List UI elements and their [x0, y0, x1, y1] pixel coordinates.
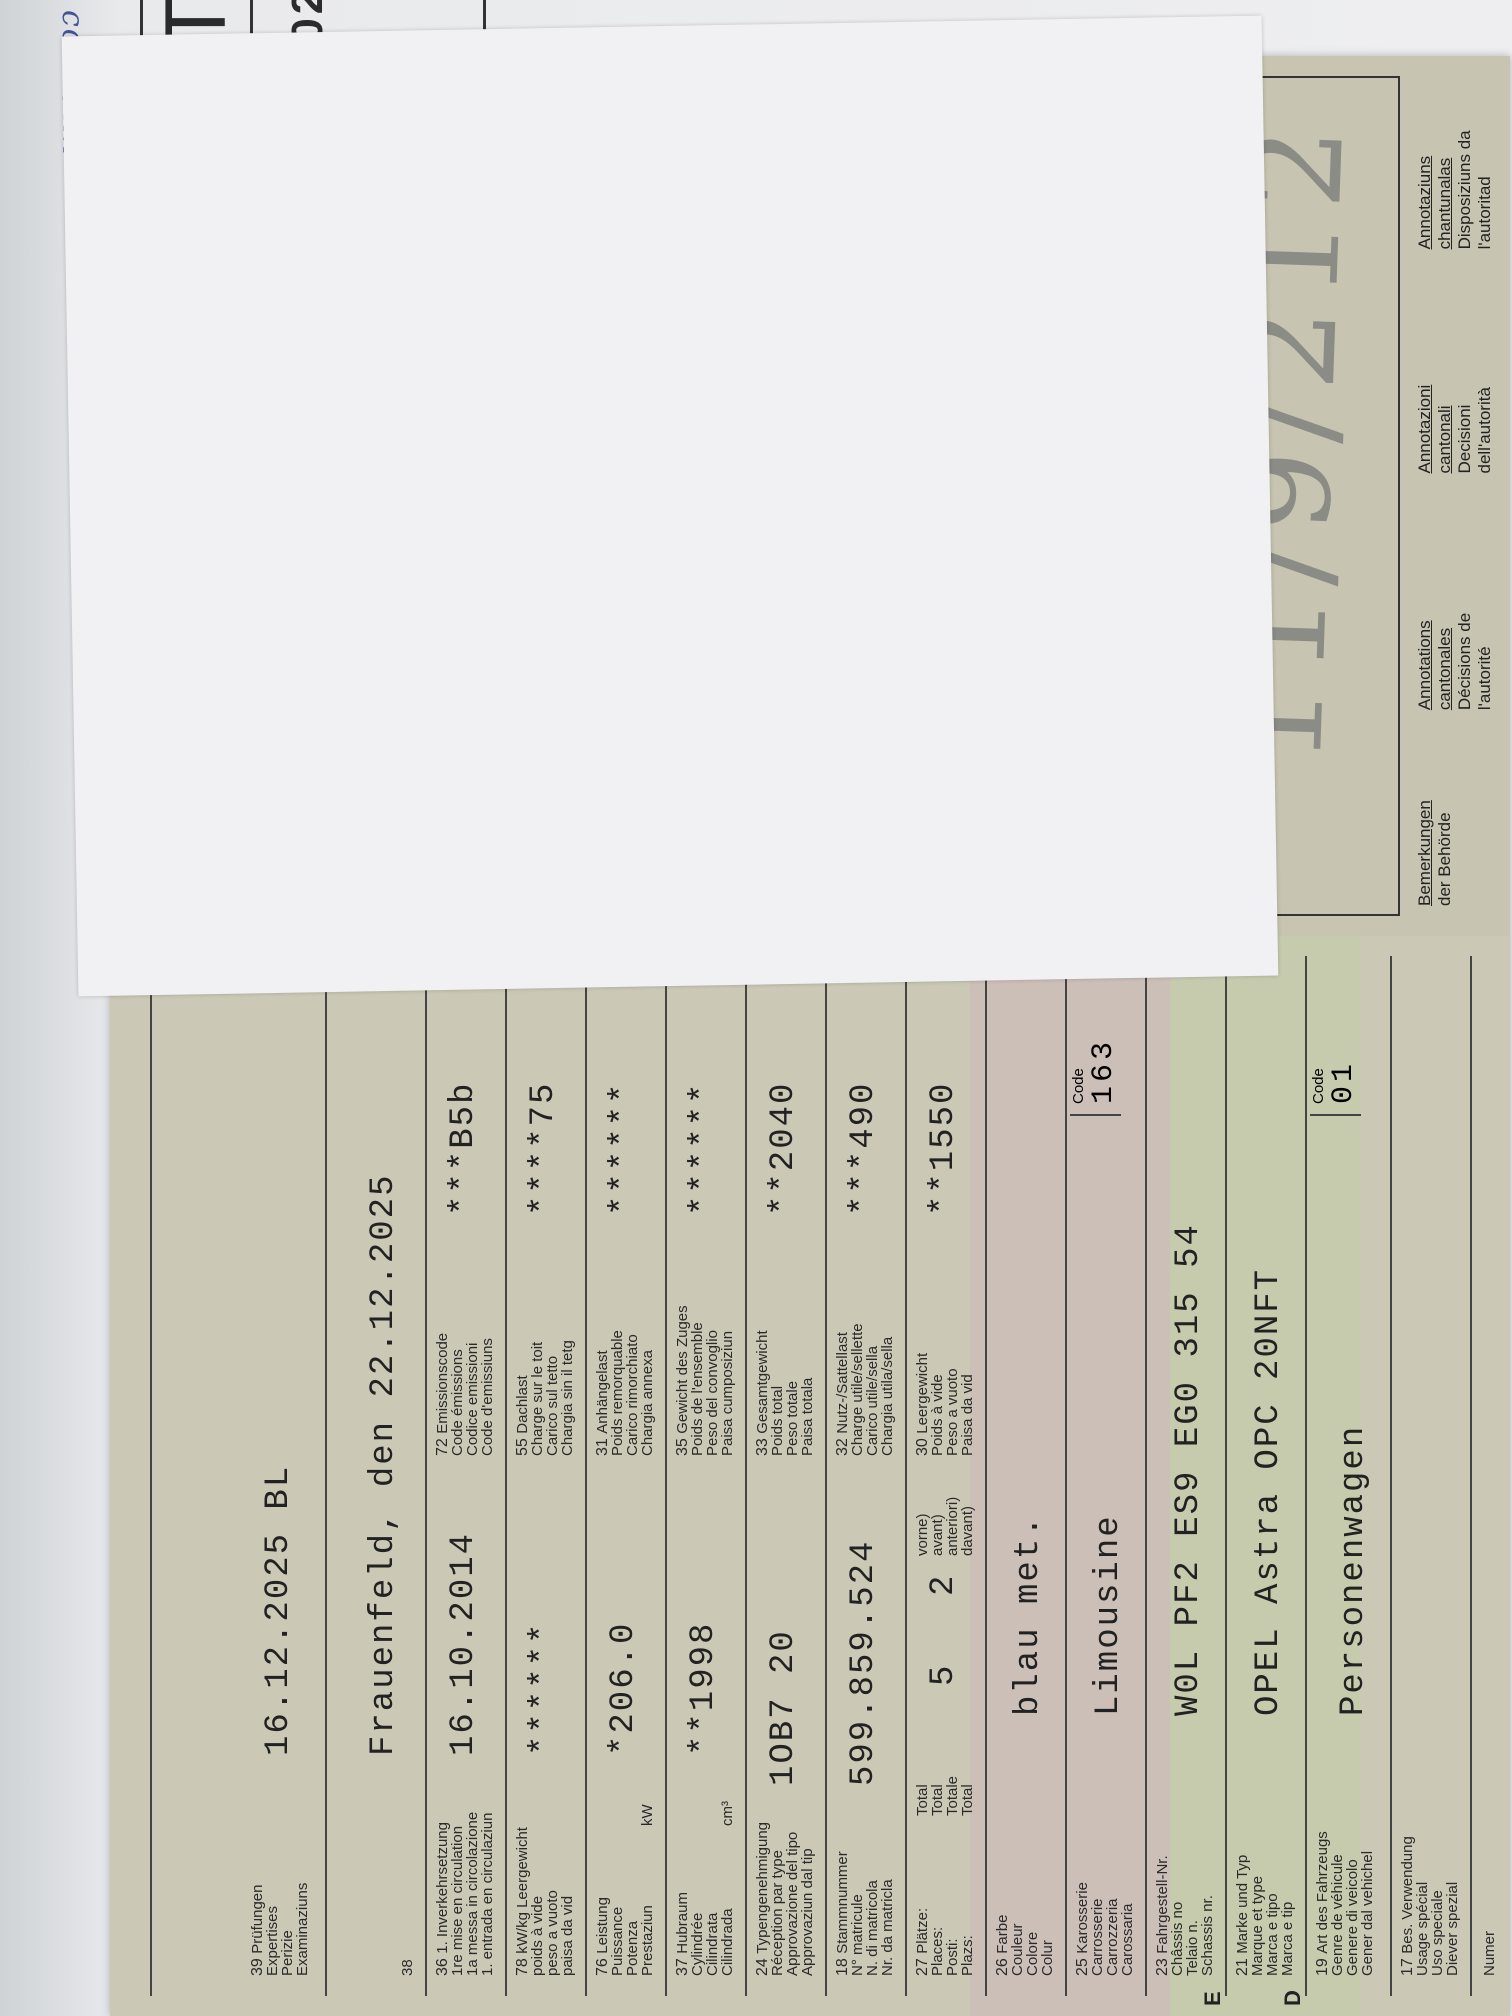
- divider: [825, 956, 827, 1996]
- divider: [1470, 956, 1472, 1996]
- chassis-number-value: W0L PF2 ES9 EG0 315 54: [1170, 1223, 1208, 1716]
- weight-35-value: ******: [685, 1082, 723, 1216]
- emission-code-value: ***B5b: [445, 1082, 483, 1216]
- row-17-label: 17 Bes. Verwendung Usage spécial Uso spe…: [1400, 1836, 1460, 1976]
- weight-30-value: **1550: [925, 1082, 963, 1216]
- power-unit: kW: [640, 1804, 655, 1826]
- divider: [1065, 956, 1067, 1996]
- type-approval-label: 24 Typengenehmigung Réception par type A…: [755, 1822, 815, 1976]
- annotation-header-it: Annotazioni cantonaliDecisioni dell'auto…: [1415, 339, 1485, 473]
- power-label: 76 Leistung Puissance Potenza Prestaziun: [595, 1897, 655, 1976]
- weight-33-label: 33 Gesamtgewicht Poids total Peso totale…: [755, 1330, 815, 1456]
- divider: [1305, 956, 1307, 1996]
- emission-code-label: 72 Emissionscode Code émissions Codice e…: [435, 1333, 495, 1456]
- divider: [425, 956, 427, 1996]
- places-total-value: 5: [925, 1664, 963, 1686]
- first-registration-value: 16.10.2014: [445, 1532, 483, 1756]
- divider: [150, 956, 152, 1996]
- divider: [505, 956, 507, 1996]
- divider: [1390, 956, 1392, 1996]
- type-approval-value: 1OB7 20: [765, 1629, 803, 1786]
- power-weight-label: 78 kW/kg Leergewicht poids à vide peso a…: [515, 1827, 575, 1976]
- row-26-label: 26 Farbe Couleur Colore Colur: [995, 1915, 1055, 1976]
- vehicle-type-code: Code 01: [1310, 1060, 1361, 1116]
- overlapping-white-sheet: [62, 16, 1279, 997]
- places-front-label: vorne) avant) anteriori) davant): [915, 1497, 975, 1556]
- displacement-label: 37 Hubraum Cylindrée Cilindrata Cilindra…: [675, 1892, 735, 1976]
- weight-35-label: 35 Gewicht des Zuges Poids de l'ensemble…: [675, 1305, 735, 1456]
- annotation-header-fr: Annotations cantonalesDécisions de l'aut…: [1415, 564, 1485, 711]
- weight-31-label: 31 Anhängelast Poids remorquable Carico …: [595, 1330, 655, 1456]
- vehicle-registration-document: Numer 17 Bes. Verwendung Usage spécial U…: [110, 56, 1510, 2016]
- power-value: *206.0: [605, 1622, 643, 1756]
- divider: [585, 956, 587, 1996]
- top-label: Numer: [1482, 1931, 1497, 1976]
- row-21-label: 21 Marke und Typ Marque et type Marca e …: [1235, 1855, 1295, 1976]
- weight-30-label: 30 Leergewicht Poids à vide Peso a vuoto…: [915, 1353, 975, 1456]
- matricule-label: 18 Stammnummer N° matricule N. di matric…: [835, 1851, 895, 1976]
- divider: [1225, 956, 1227, 1996]
- places-front-value: 2: [925, 1574, 963, 1596]
- weight-31-value: ******: [605, 1082, 643, 1216]
- divider: [985, 956, 987, 1996]
- weight-32-label: 32 Nutz-/Sattellast Charge utile/sellett…: [835, 1323, 895, 1456]
- weight-32-value: ***490: [845, 1082, 883, 1216]
- divider: [325, 956, 327, 1996]
- weight-55-value: ****75: [525, 1082, 563, 1216]
- row-23-label: 23 Fahrgestell-Nr. Châssis no Telaio n. …: [1155, 1855, 1215, 1976]
- annotation-header-rm: Annotaziuns chantunalasDisposiziuns da l…: [1415, 86, 1485, 249]
- body-type-code: Code 163: [1070, 1038, 1121, 1116]
- divider: [665, 956, 667, 1996]
- displacement-unit: cm³: [720, 1801, 735, 1826]
- make-model-value: OPEL Astra OPC 20NFT: [1250, 1268, 1288, 1716]
- first-registration-label: 36 1. Inverkehrsetzung 1re mise en circu…: [435, 1812, 495, 1976]
- form-page: Numer 17 Bes. Verwendung Usage spécial U…: [110, 936, 1510, 2016]
- document-paper: Numer 17 Bes. Verwendung Usage spécial U…: [110, 56, 1510, 2016]
- section-letter-e: E: [1200, 1991, 1226, 2006]
- places-total-label: Total Total Totale Total: [915, 1776, 975, 1816]
- issue-place-date: Frauenfeld, den 22.12.2025: [365, 1174, 403, 1757]
- divider: [905, 956, 907, 1996]
- inspections-label: 39 Prüfungen Expertises Perizie Examinaz…: [250, 1883, 310, 1976]
- power-weight-value: ******: [525, 1622, 563, 1756]
- weight-55-label: 55 Dachlast Charge sur le toit Carico su…: [515, 1340, 575, 1456]
- weight-33-value: **2040: [765, 1082, 803, 1216]
- divider: [745, 956, 747, 1996]
- annotation-header-de: Bemerkungender Behörde: [1415, 800, 1485, 906]
- displacement-value: **1998: [685, 1622, 723, 1756]
- row-25-label: 25 Karosserie Carrosserie Carrozzeria Ca…: [1075, 1882, 1135, 1976]
- inspections-value: 16.12.2025 BL: [260, 1465, 298, 1756]
- annotations-headers: Bemerkungender Behörde Annotations canto…: [1415, 86, 1485, 906]
- vehicle-type-value: Personenwagen: [1335, 1425, 1373, 1716]
- places-label: 27 Plätze: Places: Posti: Plazs:: [915, 1908, 975, 1976]
- issue-num: 38: [400, 1959, 415, 1976]
- row-19-label: 19 Art des Fahrzeugs Genre de véhicule G…: [1315, 1831, 1375, 1976]
- body-type-value: Limousine: [1090, 1514, 1128, 1716]
- section-letter-d: D: [1280, 1990, 1306, 2006]
- divider: [1145, 956, 1147, 1996]
- matricule-value: 599.859.524: [845, 1540, 883, 1786]
- color-value: blau met.: [1010, 1514, 1048, 1716]
